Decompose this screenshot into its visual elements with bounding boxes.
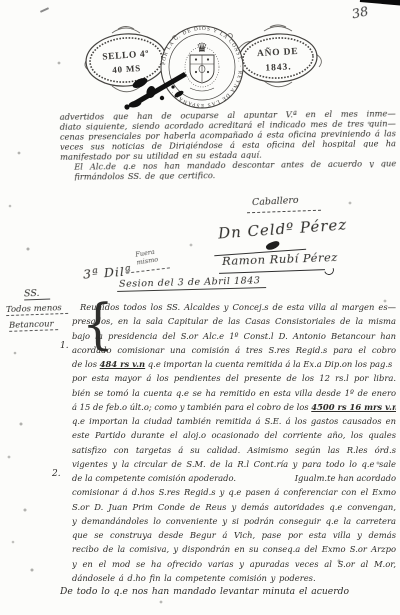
signature-first: Dn Celdº Pérez (218, 216, 348, 243)
body-line: de los 484 rs v.n q.e importan la cuenta… (72, 357, 396, 371)
attendees-header: SS. (24, 288, 50, 301)
stamp-central-seal: POR LA G. DE DIOS Y LA CONST. · REYNA DE… (161, 26, 243, 108)
signature-second-rubric (219, 269, 325, 274)
stamp-left-oval: SELLO 4º 40 MS (84, 31, 167, 88)
body-text: Igualm.te han acordado (295, 471, 396, 485)
margin-note-squiggle (126, 267, 170, 273)
body-line: á 15 de feb.o últ.o; como y también para… (72, 400, 396, 414)
margin-note-small-line: mismo (136, 256, 159, 267)
underlined-amount: 484 rs v.n (100, 359, 145, 369)
attendees-line: Todos menos (6, 303, 68, 316)
signature-second: Ramon Rubí Pérez (222, 250, 338, 268)
body-line: acordado comisionar una comisión á tres … (72, 343, 396, 357)
small-ink-dash (40, 7, 49, 13)
body-line: dándosele á d.ho fin la competente comis… (72, 571, 396, 585)
body-line: satisfizo con targetas á su calidad. Asi… (72, 443, 396, 457)
manuscript-page: 38 SELLO 4º 40 MS AÑO (0, 0, 400, 615)
body-line: q.e importan la ciudad también remitida … (72, 414, 396, 428)
body-line: de la competente comisión apoderado.Igua… (72, 471, 396, 485)
stamp-year-value: 1843. (265, 62, 292, 73)
body-line: y en el mod se ha ofrecido varias y apur… (72, 557, 396, 571)
body-line: por esta mayor á los pendientes del pres… (72, 371, 396, 385)
body-line: bajo la presidencia del S.or Alc.e 1º Co… (72, 329, 396, 343)
body-line: bién se tomó la cuenta q.e se ha remitid… (72, 386, 396, 400)
body-text: de la competente comisión apoderado. (72, 471, 236, 485)
revenue-stamp: SELLO 4º 40 MS AÑO DE 1843. POR LA G. DE… (78, 20, 328, 112)
body-line: y demandándoles lo conveniente y si podr… (72, 514, 396, 528)
session-body: Reunidos todos los SS. Alcaldes y Concej… (72, 300, 396, 599)
body-line: comisionar á d.hos S.res Regid.s y q.e p… (72, 485, 396, 499)
body-text: q.e importan la cuenta remitida á la Ex.… (145, 359, 392, 369)
body-line: que se construya desde Begur á Vich, pas… (72, 528, 396, 542)
intro-paragraph: advertidos que han de ocuparse al apunta… (60, 107, 397, 180)
underlined-amount: 4500 rs 16 mrs v.n (311, 402, 396, 412)
paper-speckles (0, 0, 2, 2)
body-line: vigentes y la circular de S.M. de la R.l… (72, 457, 396, 471)
seal-crown-icon: ♛ (196, 41, 208, 56)
body-line: recibo de la comisiva, y dispondrán en s… (72, 542, 396, 556)
body-line: Reunidos todos los SS. Alcaldes y Concej… (72, 300, 396, 314)
margin-note-small: Fuera mismo (135, 248, 159, 266)
signature-clerk: Caballero (252, 195, 299, 208)
signature-clerk-rubric (247, 210, 321, 214)
body-line: presados, en la sala Capitular de las Ca… (72, 314, 396, 328)
body-text: de los (72, 359, 100, 369)
body-line: S.or D. Juan Prim Conde de Reus y demás … (72, 500, 396, 514)
body-line: este Partido durante el aloj.o ocasionad… (72, 428, 396, 442)
stamp-denomination: 40 MS (112, 63, 141, 75)
item-number-1: 1. (60, 341, 69, 351)
attendees-line: Betancour (9, 319, 58, 332)
item-number-2: 2. (52, 469, 61, 479)
stamp-right-oval: AÑO DE 1843. (238, 32, 318, 84)
session-heading: Sesion del 3 de Abril 1843 (117, 275, 267, 292)
body-text: á 15 de feb.o últ.o; como y también para… (72, 402, 311, 412)
body-line: De todo lo q.e nos han mandado levantar … (60, 585, 396, 599)
folio-number: 38 (351, 4, 370, 22)
